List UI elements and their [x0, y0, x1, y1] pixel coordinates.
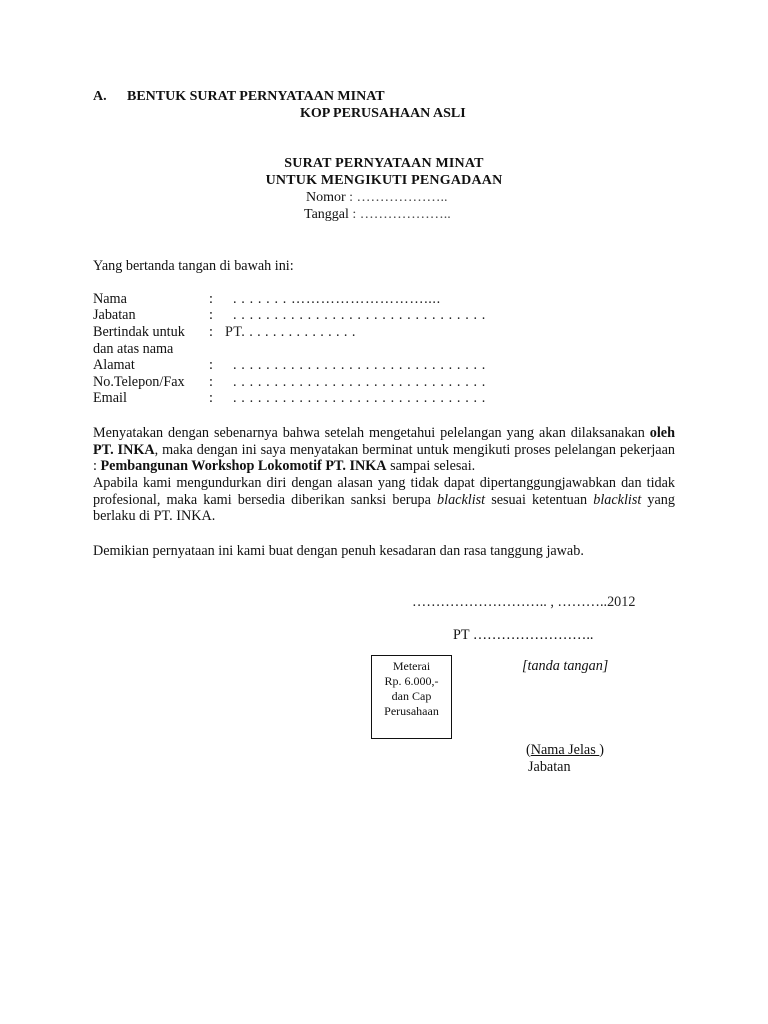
field-colon: : — [209, 307, 213, 324]
field-label-jabatan: Jabatan — [93, 307, 136, 324]
field-label-alamat: Alamat — [93, 357, 135, 374]
tanggal-row: Tanggal : ……………….. — [304, 207, 451, 223]
intro-text: Yang bertanda tangan di bawah ini: — [93, 258, 294, 275]
tanggal-value: : ……………….. — [352, 207, 450, 222]
stamp-line: Meterai — [372, 659, 451, 674]
field-value-nama: . . . . . . . ……………………….... — [233, 291, 441, 308]
field-value-jabatan: . . . . . . . . . . . . . . . . . . . . … — [233, 307, 486, 324]
blacklist-term: blacklist — [593, 492, 641, 508]
place-date-line: ……………………….. , ………..2012 — [412, 594, 635, 611]
project-name-bold: Pembangunan Workshop Lokomotif PT. INKA — [101, 458, 387, 474]
field-value-alamat: . . . . . . . . . . . . . . . . . . . . … — [233, 357, 486, 374]
field-colon: : — [209, 357, 213, 374]
stamp-line: dan Cap — [372, 689, 451, 704]
nomor-row: Nomor : ……………….. — [306, 190, 448, 206]
stamp-line: Perusahaan — [372, 704, 451, 719]
field-value-email: . . . . . . . . . . . . . . . . . . . . … — [233, 390, 486, 407]
blacklist-term: blacklist — [437, 492, 485, 508]
signer-name-line: (Nama Jelas ) — [526, 742, 604, 759]
field-label-nama: Nama — [93, 291, 127, 308]
field-label-email: Email — [93, 390, 127, 407]
company-signature-line: PT …………………….. — [453, 627, 593, 644]
field-colon: : — [209, 291, 213, 308]
paren-close: ) — [599, 742, 604, 758]
section-title: BENTUK SURAT PERNYATAAN MINAT — [127, 89, 385, 105]
signer-name-placeholder: Nama Jelas — [531, 742, 600, 758]
letter-title-line1: SURAT PERNYATAAN MINAT — [0, 156, 768, 172]
closing-statement: Demikian pernyataan ini kami buat dengan… — [93, 543, 584, 560]
field-label-telepon: No.Telepon/Fax — [93, 374, 185, 391]
nomor-value: : ……………….. — [349, 190, 447, 205]
statement-text: sampai selesai. — [387, 458, 476, 474]
letter-title-line2: UNTUK MENGIKUTI PENGADAAN — [0, 173, 768, 189]
field-label-bertindak: Bertindak untuk — [93, 324, 185, 341]
sanction-paragraph: Apabila kami mengundurkan diri dengan al… — [93, 475, 675, 525]
stamp-box: Meterai Rp. 6.000,- dan Cap Perusahaan — [371, 655, 452, 739]
tanggal-label: Tanggal — [304, 207, 349, 223]
stamp-line: Rp. 6.000,- — [372, 674, 451, 689]
field-colon: : — [209, 324, 213, 341]
field-value-company: PT. . . . . . . . . . . . . . . — [225, 324, 356, 341]
field-value-telepon: . . . . . . . . . . . . . . . . . . . . … — [233, 374, 486, 391]
field-colon: : — [209, 390, 213, 407]
signature-placeholder: [tanda tangan] — [522, 658, 608, 675]
field-label-atas-nama: dan atas nama — [93, 341, 173, 358]
nomor-label: Nomor — [306, 190, 346, 206]
statement-paragraph: Menyatakan dengan sebenarnya bahwa setel… — [93, 425, 675, 475]
sanction-text: sesuai ketentuan — [485, 492, 593, 508]
letterhead-placeholder: KOP PERUSAHAAN ASLI — [300, 106, 466, 122]
field-colon: : — [209, 374, 213, 391]
section-marker: A. — [93, 89, 107, 105]
signer-position: Jabatan — [528, 759, 571, 776]
statement-text: Menyatakan dengan sebenarnya bahwa setel… — [93, 425, 650, 441]
